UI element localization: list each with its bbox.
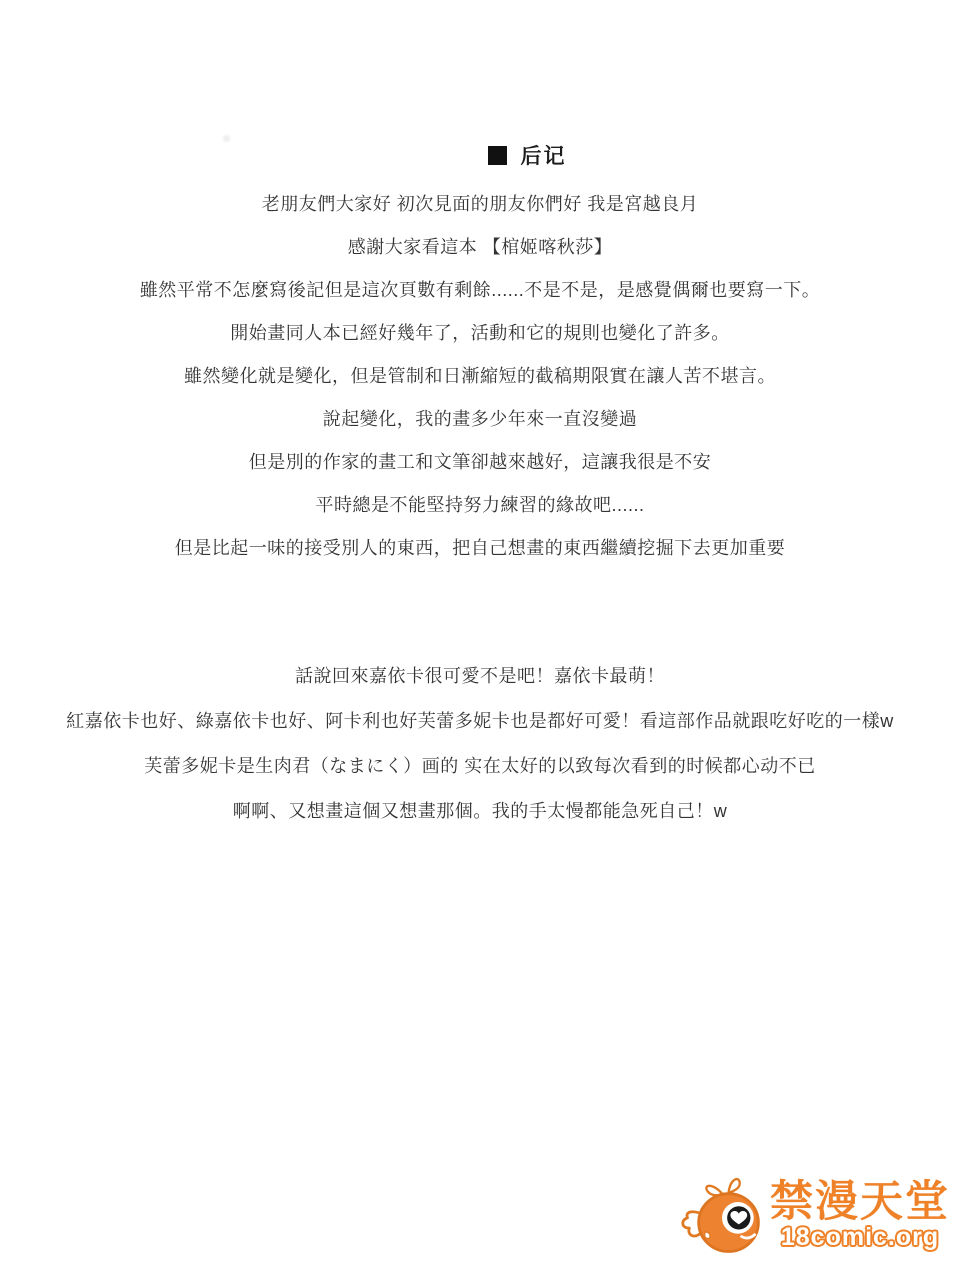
afterword-line: 雖然平常不怎麼寫後記但是這次頁數有剩餘......不是不是，是感覺偶爾也要寫一下…	[0, 269, 960, 312]
watermark-site-url: 18comic.org	[781, 1223, 939, 1252]
afterword-line: 紅嘉依卡也好、綠嘉依卡也好、阿卡利也好芙蕾多妮卡也是都好可愛！看這部作品就跟吃好…	[0, 699, 960, 744]
afterword-paragraph-2: 話說回來嘉依卡很可愛不是吧！嘉依卡最萌！ 紅嘉依卡也好、綠嘉依卡也好、阿卡利也好…	[0, 654, 960, 834]
afterword-paragraph-1: 老朋友們大家好 初次見面的朋友你們好 我是宮越良月 感謝大家看這本 【棺姬喀秋莎…	[0, 183, 960, 570]
watermark-site-name: 禁漫天堂	[770, 1180, 950, 1225]
afterword-line: 平時總是不能堅持努力練習的緣故吧......	[0, 484, 960, 527]
afterword-line: 感謝大家看這本 【棺姬喀秋莎】	[0, 226, 960, 269]
square-bullet-icon	[488, 146, 507, 165]
afterword-line: 話說回來嘉依卡很可愛不是吧！嘉依卡最萌！	[0, 654, 960, 699]
afterword-line: 說起變化，我的畫多少年來一直沒變過	[0, 398, 960, 441]
page-title: 后记	[0, 140, 960, 171]
site-watermark: 禁漫天堂 18comic.org	[680, 1173, 950, 1259]
afterword-line: 雖然變化就是變化，但是管制和日漸縮短的截稿期限實在讓人苦不堪言。	[0, 355, 960, 398]
afterword-line: 但是比起一味的接受別人的東西，把自己想畫的東西繼續挖掘下去更加重要	[0, 527, 960, 570]
orange-whale-mascot-icon	[680, 1173, 764, 1259]
afterword-page: 后记 老朋友們大家好 初次見面的朋友你們好 我是宮越良月 感謝大家看這本 【棺姬…	[0, 0, 960, 1265]
page-title-text: 后记	[521, 140, 567, 170]
afterword-line: 但是別的作家的畫工和文筆卻越來越好，這讓我很是不安	[0, 441, 960, 484]
afterword-line: 芙蕾多妮卡是生肉君（なまにく）画的 实在太好的以致每次看到的时候都心动不已	[0, 744, 960, 789]
afterword-line: 老朋友們大家好 初次見面的朋友你們好 我是宮越良月	[0, 183, 960, 226]
afterword-line: 開始畫同人本已經好幾年了，活動和它的規則也變化了許多。	[0, 312, 960, 355]
afterword-line: 啊啊、又想畫這個又想畫那個。我的手太慢都能急死自己！w	[0, 789, 960, 834]
